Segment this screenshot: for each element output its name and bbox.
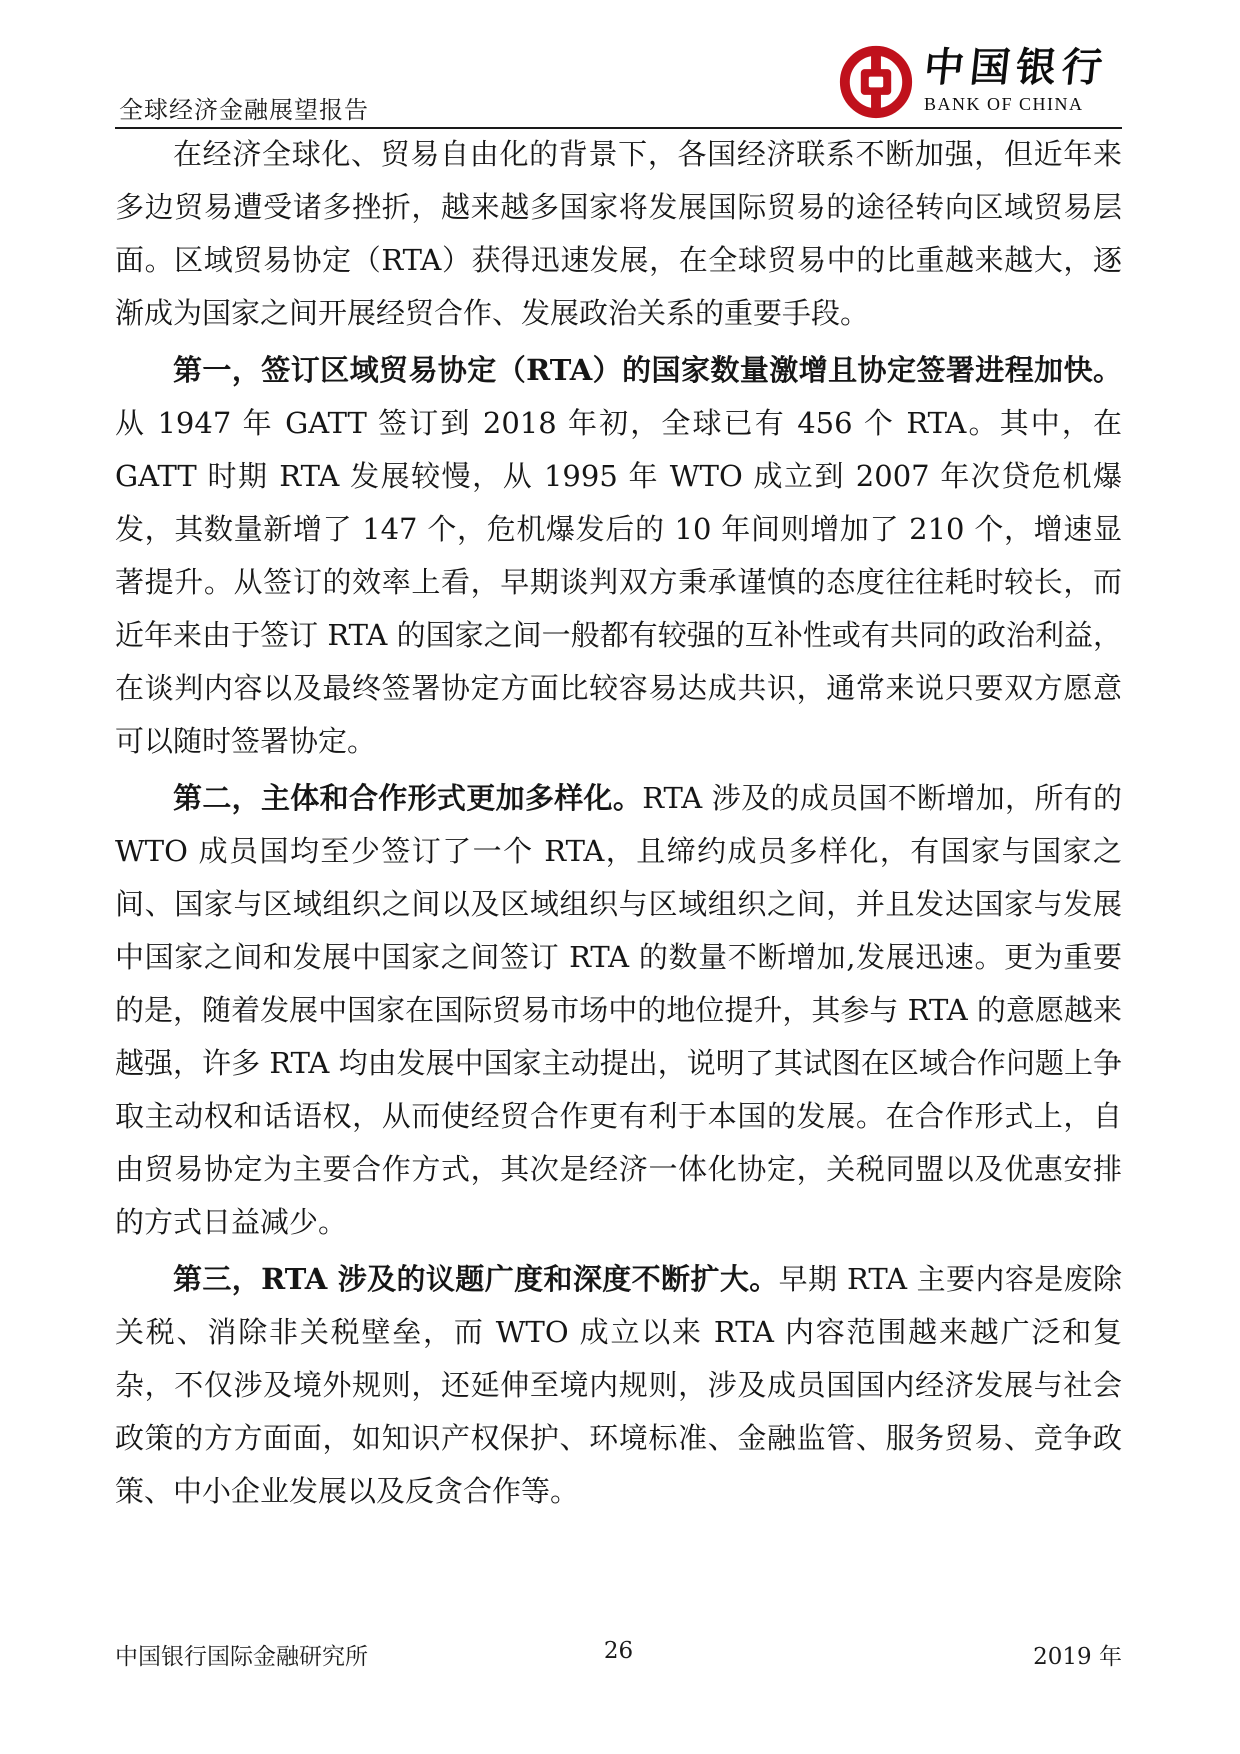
document-body: 在经济全球化、贸易自由化的背景下，各国经济联系不断加强，但近年来多边贸易遭受诸多… bbox=[115, 128, 1122, 1522]
paragraph-text: 在经济全球化、贸易自由化的背景下，各国经济联系不断加强，但近年来多边贸易遭受诸多… bbox=[115, 137, 1122, 330]
bank-of-china-emblem-icon bbox=[838, 44, 914, 120]
paragraph-lead: 第一，签订区域贸易协定（RTA）的国家数量激增且协定签署进程加快。 bbox=[173, 353, 1122, 387]
footer-institute: 中国银行国际金融研究所 bbox=[115, 1638, 368, 1671]
paragraph-text: RTA 涉及的成员国不断增加，所有的 WTO 成员国均至少签订了一个 RTA，且… bbox=[115, 781, 1122, 1239]
footer-year: 2019 年 bbox=[1033, 1638, 1122, 1671]
page-number: 26 bbox=[604, 1638, 633, 1664]
paragraph-first-point: 第一，签订区域贸易协定（RTA）的国家数量激增且协定签署进程加快。从 1947 … bbox=[115, 344, 1122, 768]
page-footer: 中国银行国际金融研究所 26 2019 年 bbox=[115, 1638, 1122, 1672]
logo-cn-name: 中国银行 bbox=[922, 46, 1111, 90]
paragraph-text: 从 1947 年 GATT 签订到 2018 年初，全球已有 456 个 RTA… bbox=[115, 406, 1122, 758]
logo-en-name: BANK OF CHINA bbox=[924, 94, 1108, 115]
paragraph-text: 早期 RTA 主要内容是废除关税、消除非关税壁垒，而 WTO 成立以来 RTA … bbox=[115, 1262, 1122, 1508]
report-page: 全球经济金融展望报告 中国银行 BANK OF CHINA 在经济全球化、贸易自… bbox=[0, 0, 1240, 1754]
logo-wordmark: 中国银行 BANK OF CHINA bbox=[924, 44, 1108, 115]
paragraph-lead: 第三，RTA 涉及的议题广度和深度不断扩大。 bbox=[173, 1262, 779, 1296]
paragraph-third-point: 第三，RTA 涉及的议题广度和深度不断扩大。早期 RTA 主要内容是废除关税、消… bbox=[115, 1253, 1122, 1518]
report-title: 全球经济金融展望报告 bbox=[119, 90, 369, 125]
paragraph-second-point: 第二，主体和合作形式更加多样化。RTA 涉及的成员国不断增加，所有的 WTO 成… bbox=[115, 772, 1122, 1249]
paragraph-intro: 在经济全球化、贸易自由化的背景下，各国经济联系不断加强，但近年来多边贸易遭受诸多… bbox=[115, 128, 1122, 340]
page-header: 全球经济金融展望报告 中国银行 BANK OF CHINA bbox=[115, 38, 1122, 129]
bank-of-china-logo: 中国银行 BANK OF CHINA bbox=[838, 44, 1108, 120]
paragraph-lead: 第二，主体和合作形式更加多样化。 bbox=[173, 781, 642, 815]
